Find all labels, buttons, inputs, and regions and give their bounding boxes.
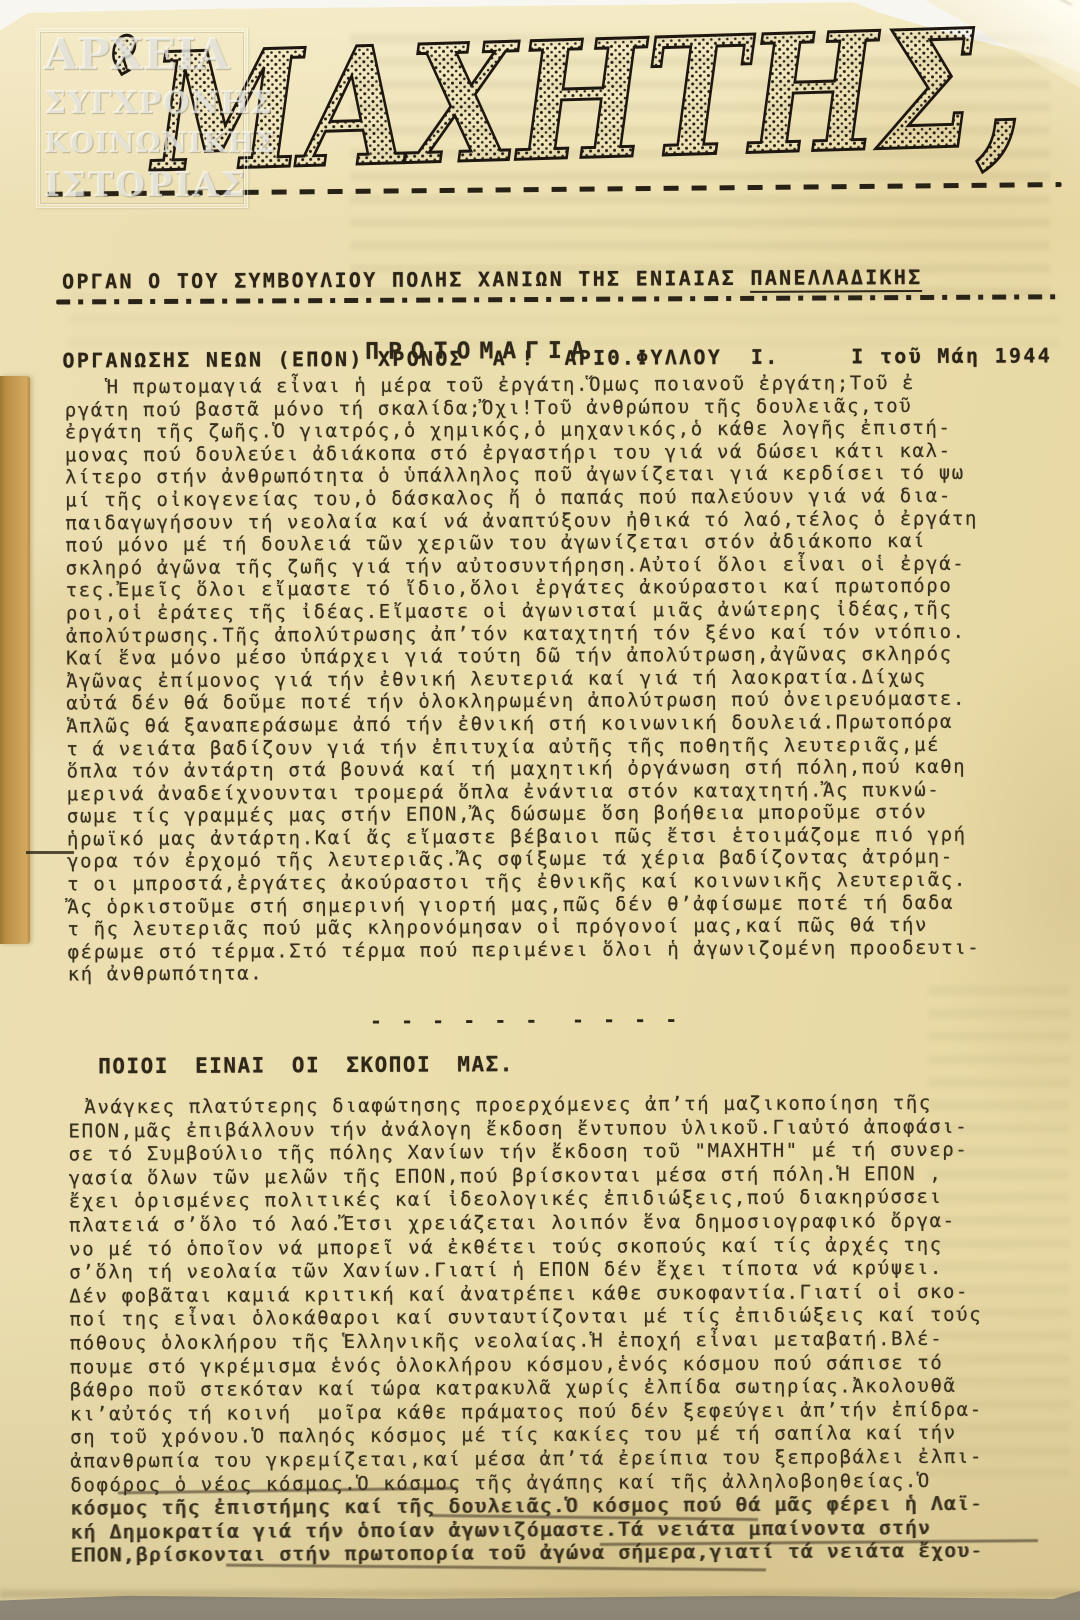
margin-dash-mark: [26, 851, 74, 854]
article2-body: Ἀνάγκες πλατύτερης διαφώτησης προερχόμεν…: [68, 1091, 1070, 1497]
masthead-title-art: ῾ΜΑΧΗΤΗΣ,: [75, 3, 1052, 204]
section-divider: - - - - - - - - - -: [370, 1007, 681, 1033]
subtitle-line1-text: ΟΡΓΑΝ Ο ΤΟΥ ΣΥΜΒΟΥΛΙΟΥ ΠΟΛΗΣ ΧΑΝΙΩΝ ΤΗΣ …: [62, 266, 750, 294]
page-content: ῾ΜΑΧΗΤΗΣ, ΟΡΓΑΝ Ο ΤΟΥ ΣΥΜΒΟΥΛΙΟΥ ΠΟΛΗΣ Χ…: [0, 0, 1080, 1620]
article1-heading: ΠΡΟΤΟΜΑΓΙΑ: [64, 336, 894, 366]
article2-heading: ΠΟΙΟΙ ΕΙΝΑΙ ΟΙ ΣΚΟΠΟΙ ΜΑΣ.: [98, 1052, 514, 1078]
scanned-newspaper-page: ῾ΜΑΧΗΤΗΣ, ΟΡΓΑΝ Ο ΤΟΥ ΣΥΜΒΟΥΛΙΟΥ ΠΟΛΗΣ Χ…: [0, 0, 1080, 1620]
subtitle-line1-underlined: ΠΑΝΕΛΛΑΔΙΚΗΣ: [750, 265, 922, 293]
article1-body: Ἡ πρωτομαγιά εἶναι ἡ μέρα τοῦ ἐργάτη.Ὅμω…: [65, 371, 1058, 986]
masthead-title: ῾ΜΑΧΗΤΗΣ,: [80, 3, 1025, 204]
article2-body-overtyped: κόσμος τῆς ἐπιστήμης καί τῆς δουλειᾶς.Ὁ …: [70, 1492, 1080, 1568]
